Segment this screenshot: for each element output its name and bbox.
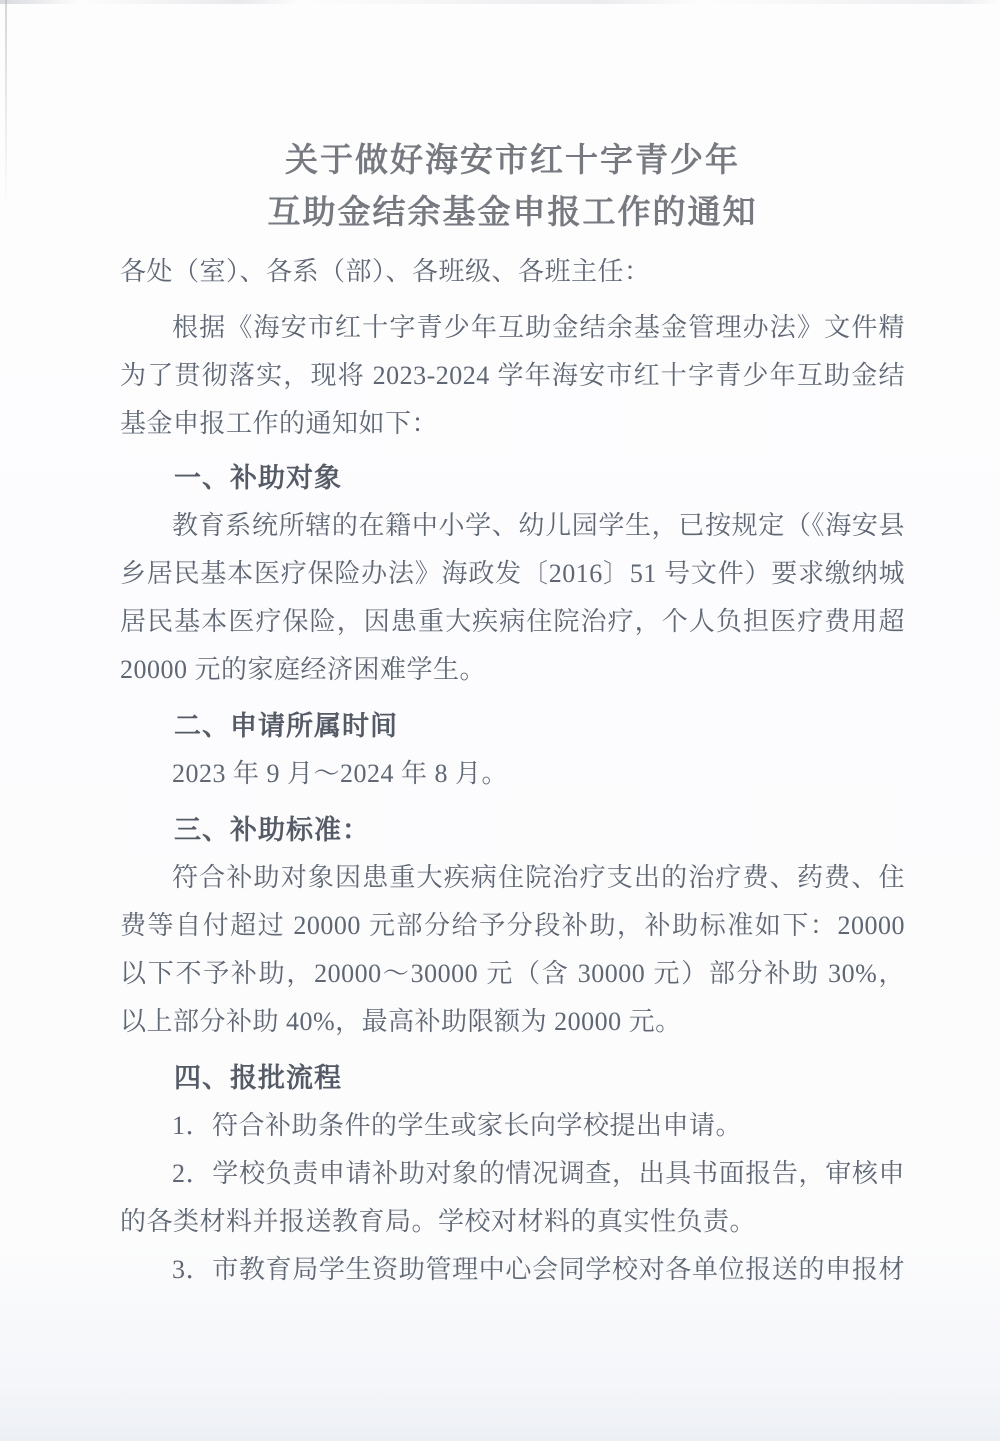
intro-line-3: 基金申报工作的通知如下：: [120, 400, 905, 448]
section-3-line-3: 以下不予补助，20000～30000 元（含 30000 元）部分补助 30%，…: [120, 950, 905, 998]
section-2-line-1: 2023 年 9 月～2024 年 8 月。: [120, 750, 905, 798]
section-4-item-2-line-2: 的各类材料并报送教育局。学校对材料的真实性负责。: [120, 1198, 905, 1246]
section-4-heading: 四、报批流程: [120, 1054, 905, 1102]
section-4-item-3: 3．市教育局学生资助管理中心会同学校对各单位报送的申报材料: [120, 1246, 905, 1294]
doc-title-line-1: 关于做好海安市红十字青少年: [120, 134, 905, 186]
document-page: 关于做好海安市红十字青少年 互助金结余基金申报工作的通知 各处（室）、各系（部）…: [0, 0, 1000, 1441]
intro-line-2: 为了贯彻落实，现将 2023-2024 学年海安市红十字青少年互助金结余: [120, 352, 905, 400]
section-1-line-4: 20000 元的家庭经济困难学生。: [120, 646, 905, 694]
scan-edge-artifact-left: [5, 0, 7, 210]
section-3-line-1: 符合补助对象因患重大疾病住院治疗支出的治疗费、药费、住院: [120, 854, 905, 902]
doc-title-line-2: 互助金结余基金申报工作的通知: [120, 186, 905, 238]
intro-line-1: 根据《海安市红十字青少年互助金结余基金管理办法》文件精神，: [120, 304, 905, 352]
section-4-item-2-line-1: 2．学校负责申请补助对象的情况调查，出具书面报告，审核申报: [120, 1150, 905, 1198]
section-1-line-2: 乡居民基本医疗保险办法》海政发〔2016〕51 号文件）要求缴纳城镇: [120, 550, 905, 598]
section-4-item-1: 1．符合补助条件的学生或家长向学校提出申请。: [120, 1102, 905, 1150]
section-2-heading: 二、申请所属时间: [120, 702, 905, 750]
section-1-line-1: 教育系统所辖的在籍中小学、幼儿园学生，已按规定（《海安县城: [120, 502, 905, 550]
salutation: 各处（室）、各系（部）、各班级、各班主任：: [120, 248, 905, 296]
section-3-line-2: 费等自付超过 20000 元部分给予分段补助，补助标准如下：20000 元: [120, 902, 905, 950]
section-1-line-3: 居民基本医疗保险，因患重大疾病住院治疗，个人负担医疗费用超过: [120, 598, 905, 646]
section-3-heading: 三、补助标准：: [120, 806, 905, 854]
section-3-line-4: 以上部分补助 40%，最高补助限额为 20000 元。: [120, 998, 905, 1046]
scan-edge-artifact-top: [0, 0, 1000, 4]
section-1-heading: 一、补助对象: [120, 454, 905, 502]
